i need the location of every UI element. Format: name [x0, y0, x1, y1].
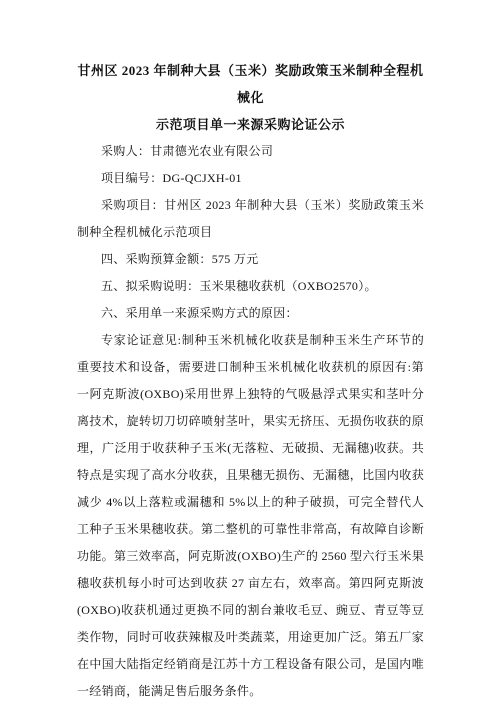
project-number-line: 项目编号：DG-QCJXH-01: [77, 165, 424, 192]
project-name-line: 采购项目：甘州区 2023 年制种大县（玉米）奖励政策玉米制种全程机械化示范项目: [77, 192, 424, 246]
document-title-line-1: 甘州区 2023 年制种大县（玉米）奖励政策玉米制种全程机械化: [77, 57, 424, 111]
document-title: 甘州区 2023 年制种大县（玉米）奖励政策玉米制种全程机械化 示范项目单一来源…: [77, 57, 424, 138]
document-page: 甘州区 2023 年制种大县（玉米）奖励政策玉米制种全程机械化 示范项目单一来源…: [0, 0, 500, 706]
procurement-description-line: 五、拟采购说明：玉米果穗收获机（OXBO2570）。: [77, 273, 424, 300]
document-body: 采购人：甘肃德光农业有限公司 项目编号：DG-QCJXH-01 采购项目：甘州区…: [77, 138, 424, 705]
document-title-line-2: 示范项目单一来源采购论证公示: [77, 111, 424, 138]
expert-opinion-paragraph: 专家论证意见:制种玉米机械化收获是制种玉米生产环节的重要技术和设备，需要进口制种…: [77, 327, 424, 705]
buyer-line: 采购人：甘肃德光农业有限公司: [77, 138, 424, 165]
single-source-reason-heading: 六、采用单一来源采购方式的原因：: [77, 300, 424, 327]
budget-line: 四、采购预算金额：575 万元: [77, 246, 424, 273]
